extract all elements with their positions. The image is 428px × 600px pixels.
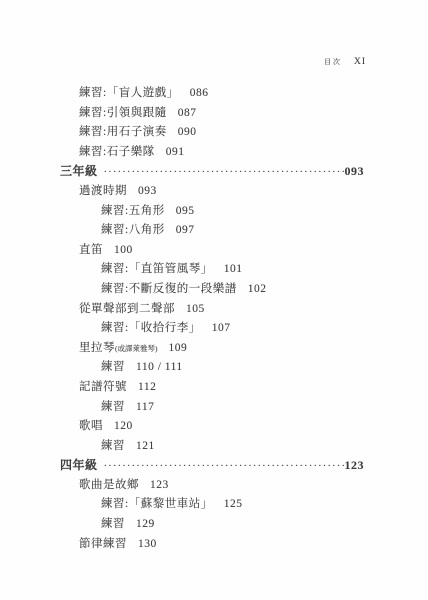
toc-item-row: 練習:「收拾行李」107 [60,319,364,339]
toc-item-row: 練習:五角形095 [60,202,364,222]
toc-item-row: 練習:「蘇黎世車站」125 [60,495,364,515]
toc-item-row: 節律練習130 [60,535,364,555]
toc-page-number: 130 [138,535,157,555]
toc-item-row: 歌唱120 [60,417,364,437]
toc-entry-title: 歌曲是故鄉 [79,476,139,496]
toc-item-row: 練習:石子樂隊091 [60,143,364,163]
toc-item-row: 過渡時期093 [60,182,364,202]
toc-entry-title: 練習:引領與跟隨 [79,104,167,124]
toc-dot-leader: ········································… [104,457,344,477]
toc-page-number: 123 [150,476,169,496]
toc-item-row: 練習:引領與跟隨087 [60,104,364,124]
toc-page-number: 110 / 111 [136,358,183,378]
toc-entry-title: 練習:石子樂隊 [79,143,155,163]
toc-item-row: 練習:八角形097 [60,221,364,241]
toc-item-row: 練習:用石子演奏090 [60,123,364,143]
toc-page-number: 123 [345,456,365,476]
toc-item-row: 練習:「直笛管風琴」101 [60,260,364,280]
toc-page-number: 129 [136,515,155,535]
toc-page-number: 095 [176,202,195,222]
book-page: 目次 XI 練習:「盲人遊戲」086練習:引領與跟隨087練習:用石子演奏090… [0,0,428,600]
toc-item-row: 直笛100 [60,241,364,261]
toc-entry-title: 練習 [101,398,125,418]
toc-page-number: 105 [186,300,205,320]
toc-entry-title: 練習 [101,437,125,457]
toc-item-row: 歌曲是故鄉123 [60,476,364,496]
toc-entry-title: 節律練習 [79,535,127,555]
toc-item-row: 練習129 [60,515,364,535]
toc-dot-leader: ········································… [104,163,344,183]
toc-item-row: 練習:不斷反復的一段樂譜102 [60,280,364,300]
toc-entry-title: 練習 [101,358,125,378]
running-header: 目次 XI [0,51,366,69]
toc-item-row: 練習:「盲人遊戲」086 [60,84,364,104]
toc-page-number: 107 [212,319,231,339]
toc-section-row: 三年級·····································… [60,162,364,182]
toc-entry-title: 練習 [101,515,125,535]
toc-page-number: 117 [136,398,154,418]
toc-page-number: 090 [178,123,197,143]
toc-entry-title: 練習:「直笛管風琴」 [101,260,213,280]
running-header-page-number: XI [354,57,366,67]
toc-entry-title: 三年級 [60,162,98,182]
toc-page-number: 093 [345,162,365,182]
toc-entry-note: (或譯萊雅琴) [115,339,158,359]
toc-page-number: 109 [169,339,188,359]
toc-entry-title: 歌唱 [79,417,103,437]
toc-section-row: 四年級·····································… [60,456,364,476]
toc-entry-title: 從單聲部到二聲部 [79,300,175,320]
toc-entry-title: 練習:「盲人遊戲」 [79,84,179,104]
toc-page-number: 125 [224,495,243,515]
toc-page-number: 112 [138,378,156,398]
toc-item-row: 練習121 [60,437,364,457]
toc-entry-title: 直笛 [79,241,103,261]
toc-item-row: 從單聲部到二聲部105 [60,300,364,320]
toc-entry-title: 練習:八角形 [101,221,165,241]
toc-page-number: 091 [166,143,185,163]
toc-page-number: 086 [190,84,209,104]
toc-entry-title: 過渡時期 [79,182,127,202]
toc-page-number: 087 [178,104,197,124]
toc-page-number: 120 [114,417,133,437]
toc-page-number: 102 [248,280,267,300]
toc-item-row: 里拉琴(或譯萊雅琴)109 [60,339,364,359]
toc-item-row: 練習110 / 111 [60,358,364,378]
toc-entry-title: 練習:用石子演奏 [79,123,167,143]
toc-page-number: 097 [176,221,195,241]
toc-item-row: 練習117 [60,398,364,418]
toc-page-number: 101 [224,260,243,280]
toc-entry-title: 練習:「收拾行李」 [101,319,201,339]
toc-entry-title: 練習:不斷反復的一段樂譜 [101,280,237,300]
running-header-title: 目次 [324,58,342,66]
toc-page-number: 100 [114,241,133,261]
toc-page-number: 093 [138,182,157,202]
toc-item-row: 記譜符號112 [60,378,364,398]
toc-entry-title: 記譜符號 [79,378,127,398]
toc-entry-title: 四年級 [60,456,98,476]
toc-list: 練習:「盲人遊戲」086練習:引領與跟隨087練習:用石子演奏090練習:石子樂… [60,84,364,554]
toc-entry-title: 練習:「蘇黎世車站」 [101,495,213,515]
toc-entry-title: 練習:五角形 [101,202,165,222]
toc-entry-title: 里拉琴 [79,339,115,359]
toc-page-number: 121 [136,437,155,457]
